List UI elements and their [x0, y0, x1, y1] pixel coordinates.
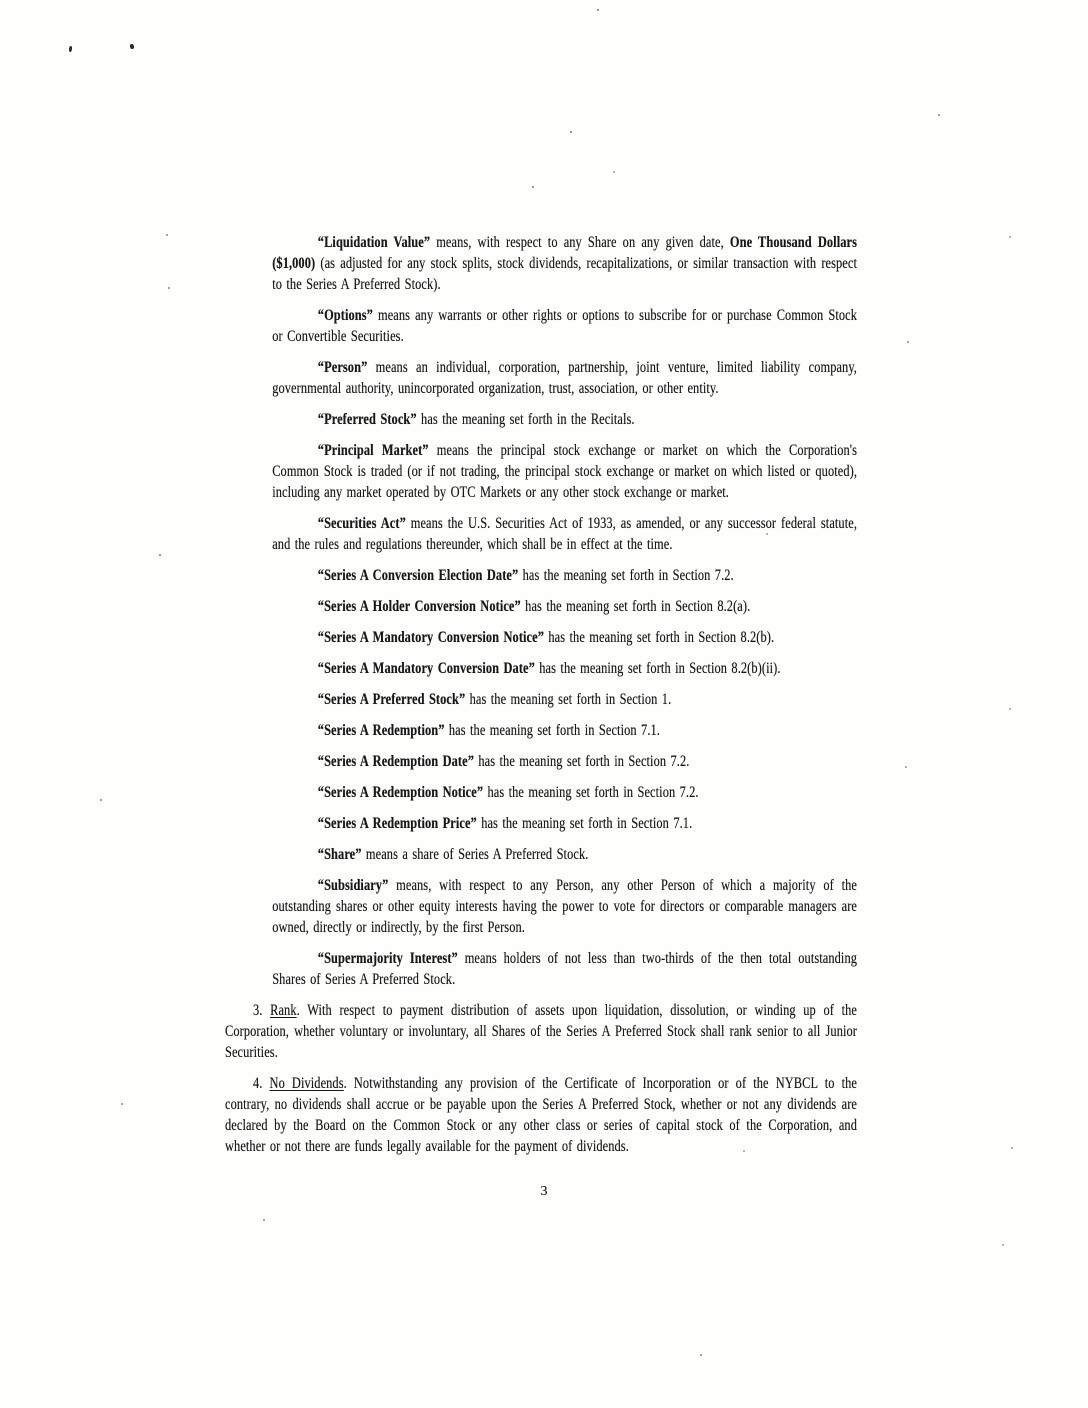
scan-speck [597, 9, 599, 11]
section-heading: No Dividends [270, 1075, 344, 1092]
definition-paragraph: “Principal Market” means the principal s… [272, 440, 857, 503]
body-text: has the meaning set forth in Section 7.2… [474, 753, 689, 770]
defined-term: “Share” [318, 846, 362, 863]
scan-speck [532, 186, 534, 188]
defined-term: “Series A Conversion Election Date” [318, 567, 518, 584]
body-text: has the meaning set forth in Section 7.2… [483, 784, 698, 801]
scan-speck [168, 287, 170, 289]
definition-paragraph: “Series A Mandatory Conversion Notice” h… [272, 627, 857, 648]
body-text: has the meaning set forth in Section 7.1… [477, 815, 692, 832]
scan-speck [938, 114, 940, 116]
body-text: has the meaning set forth in Section 8.2… [544, 629, 774, 646]
scan-mark [129, 44, 134, 50]
defined-term: “Series A Redemption Notice” [318, 784, 483, 801]
scan-speck [570, 131, 572, 133]
definition-paragraph: “Person” means an individual, corporatio… [272, 357, 857, 399]
defined-term: “Supermajority Interest” [318, 950, 458, 967]
defined-term: “Series A Redemption Price” [318, 815, 477, 832]
scan-speck [905, 766, 907, 768]
section-paragraph: 3. Rank. With respect to payment distrib… [225, 1000, 857, 1063]
definition-paragraph: “Series A Preferred Stock” has the meani… [272, 689, 857, 710]
defined-term: “Series A Redemption Date” [318, 753, 474, 770]
definition-paragraph: “Share” means a share of Series A Prefer… [272, 844, 857, 865]
body-text: 3. [253, 1002, 270, 1019]
body-text: has the meaning set forth in Section 7.1… [445, 722, 660, 739]
definition-paragraph: “Liquidation Value” means, with respect … [272, 232, 857, 295]
scanned-document-page: “Liquidation Value” means, with respect … [0, 0, 1088, 1408]
scan-speck [100, 799, 102, 801]
body-text: has the meaning set forth in Section 7.2… [518, 567, 733, 584]
scan-speck [166, 234, 168, 236]
defined-term: “Person” [318, 359, 368, 376]
definition-paragraph: “Series A Redemption” has the meaning se… [272, 720, 857, 741]
scan-speck [1009, 236, 1011, 238]
defined-term: “Series A Mandatory Conversion Date” [318, 660, 535, 677]
definition-paragraph: “Series A Redemption Notice” has the mea… [272, 782, 857, 803]
scan-speck [1009, 708, 1011, 710]
defined-term: “Liquidation Value” [318, 234, 430, 251]
body-text: has the meaning set forth in Section 8.2… [521, 598, 750, 615]
page-number: 3 [0, 1184, 1088, 1200]
defined-term: “Series A Preferred Stock” [318, 691, 465, 708]
scan-speck [907, 341, 909, 343]
defined-term: “Series A Mandatory Conversion Notice” [318, 629, 544, 646]
section-heading: Rank [270, 1002, 297, 1019]
body-text: has the meaning set forth in Section 8.2… [535, 660, 781, 677]
definition-paragraph: “Options” means any warrants or other ri… [272, 305, 857, 347]
body-text: (as adjusted for any stock splits, stock… [272, 255, 857, 293]
scan-speck [1002, 1244, 1004, 1246]
defined-term: “Subsidiary” [318, 877, 389, 894]
defined-term: “Securities Act” [318, 515, 406, 532]
document-body: “Liquidation Value” means, with respect … [225, 232, 857, 1167]
scan-speck [613, 171, 615, 173]
definition-paragraph: “Preferred Stock” has the meaning set fo… [272, 409, 857, 430]
defined-term: “Options” [318, 307, 373, 324]
definition-paragraph: “Series A Mandatory Conversion Date” has… [272, 658, 857, 679]
body-text: means, with respect to any Share on any … [430, 234, 730, 251]
scan-speck [121, 1103, 123, 1105]
defined-term: “Series A Redemption” [318, 722, 445, 739]
definition-paragraph: “Supermajority Interest” means holders o… [272, 948, 857, 990]
definition-paragraph: “Series A Conversion Election Date” has … [272, 565, 857, 586]
body-text: . With respect to payment distribution o… [225, 1002, 857, 1061]
definition-paragraph: “Securities Act” means the U.S. Securiti… [272, 513, 857, 555]
defined-term: “Series A Holder Conversion Notice” [318, 598, 521, 615]
defined-term: “Principal Market” [318, 442, 429, 459]
scan-mark [69, 46, 73, 52]
section-paragraph: 4. No Dividends. Notwithstanding any pro… [225, 1073, 857, 1157]
body-text: 4. [253, 1075, 270, 1092]
scan-speck [159, 554, 161, 556]
defined-term: “Preferred Stock” [318, 411, 417, 428]
definition-paragraph: “Series A Redemption Price” has the mean… [272, 813, 857, 834]
body-text: has the meaning set forth in Section 1. [465, 691, 671, 708]
scan-speck [700, 1354, 702, 1356]
definition-paragraph: “Subsidiary” means, with respect to any … [272, 875, 857, 938]
body-text: means a share of Series A Preferred Stoc… [362, 846, 589, 863]
body-text: has the meaning set forth in the Recital… [417, 411, 635, 428]
scan-speck [263, 1219, 265, 1221]
definition-paragraph: “Series A Holder Conversion Notice” has … [272, 596, 857, 617]
definition-paragraph: “Series A Redemption Date” has the meani… [272, 751, 857, 772]
scan-speck [1011, 1147, 1013, 1149]
